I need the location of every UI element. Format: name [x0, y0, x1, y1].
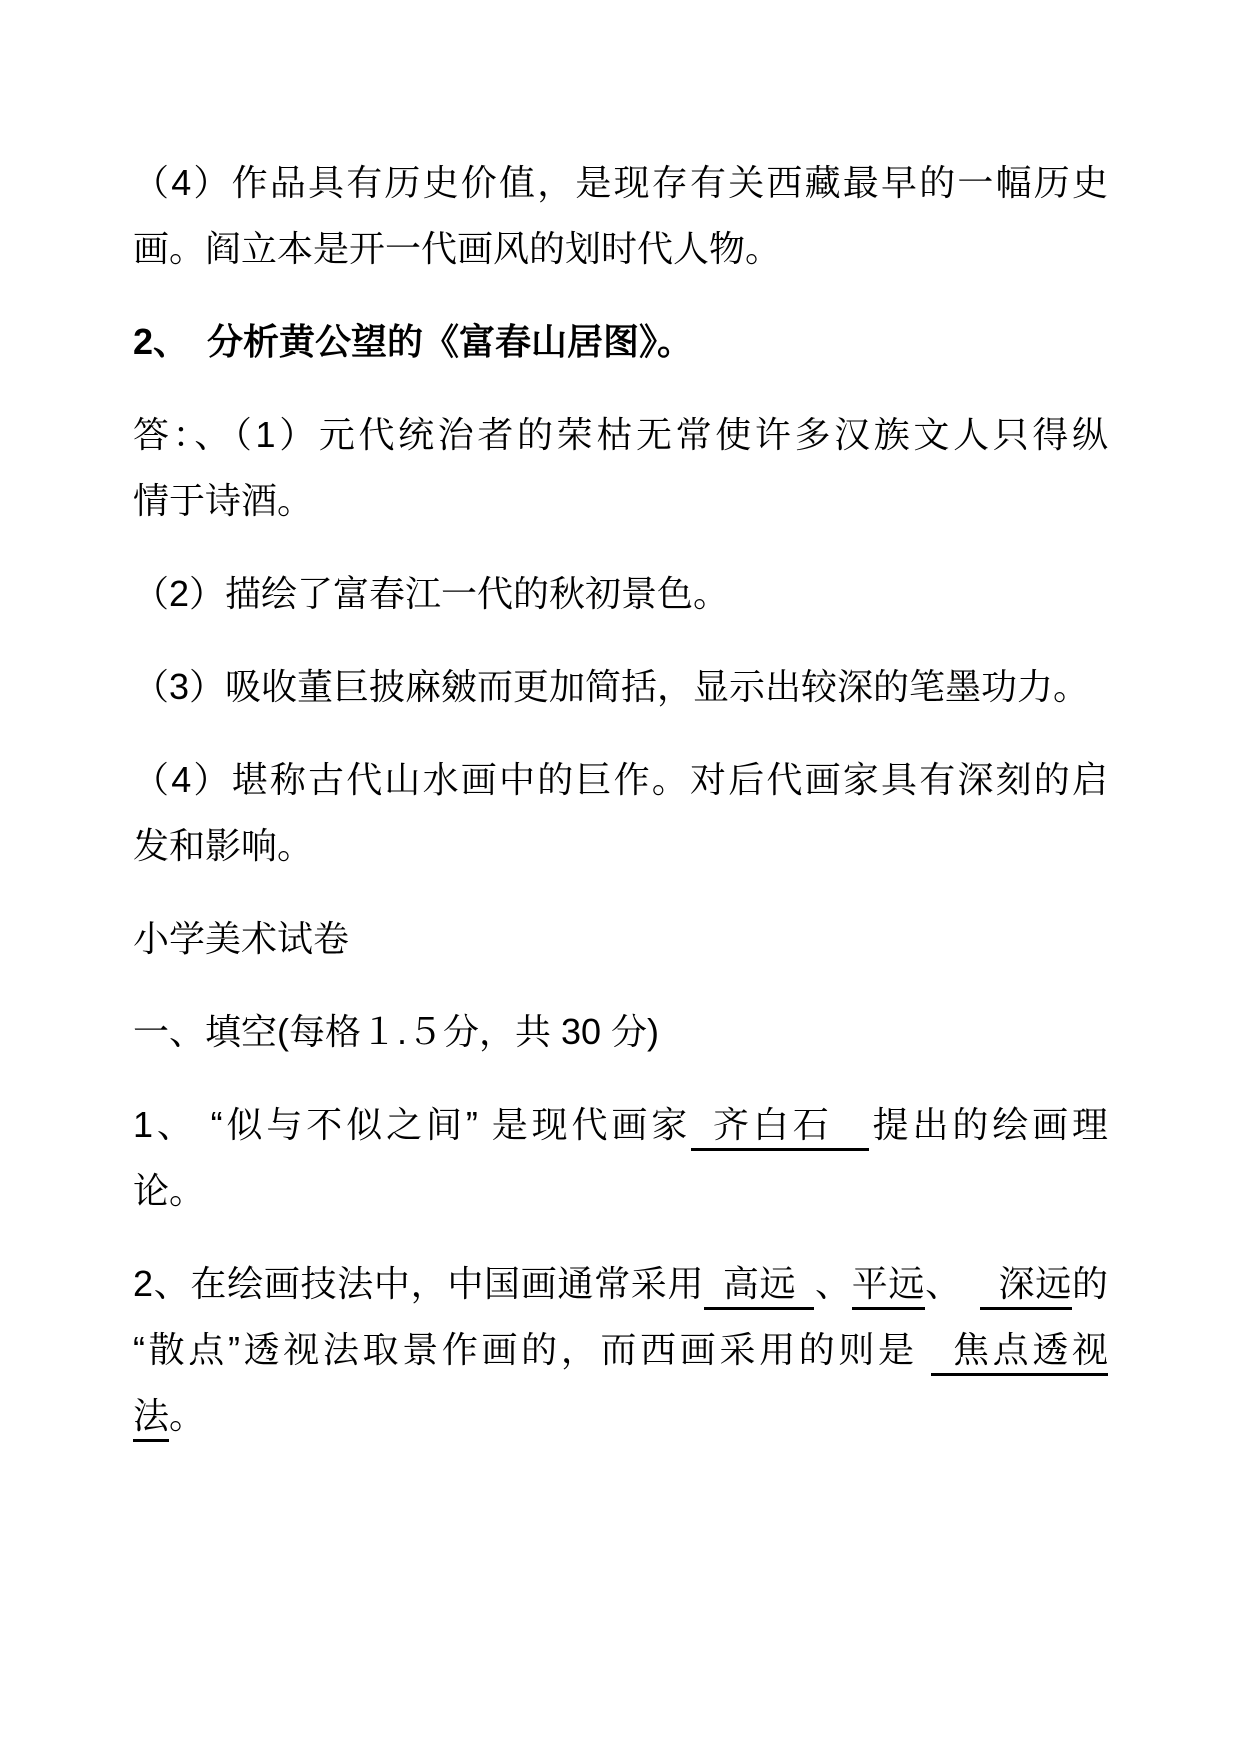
answer-2-item-3: （3）吸收董巨披麻皴而更加简括，显示出较深的笔墨功力。	[133, 654, 1108, 720]
question-2-heading: 2、 分析黄公望的《富春山居图》。	[133, 309, 1108, 375]
answer-1-item-4: （4）作品具有历史价值，是现存有关西藏最早的一幅历史画。阎立本是开一代画风的划时…	[133, 150, 1108, 282]
blank-answer: 高远	[704, 1263, 814, 1310]
text-line: 答：、（1）元代统治者的荣枯无常使许多汉族文人只得纵	[133, 402, 1108, 468]
text-line: 发和影响。	[133, 813, 1108, 879]
blank-answer: 齐白石	[691, 1104, 869, 1151]
text-line: 画。阎立本是开一代画风的划时代人物。	[133, 216, 1108, 282]
fill-question-1: 1、 “似与不似之间” 是现代画家 齐白石 提出的绘画理论。	[133, 1092, 1108, 1224]
text-segment: （4）堪称古代山水画中的巨作。对后代画家具有深刻的启	[133, 759, 1108, 800]
text-segment: 画。阎立本是开一代画风的划时代人物。	[133, 228, 781, 269]
text-segment: 、	[925, 1263, 980, 1304]
answer-2-item-4: （4）堪称古代山水画中的巨作。对后代画家具有深刻的启发和影响。	[133, 747, 1108, 879]
text-line: 论。	[133, 1158, 1108, 1224]
text-line: 小学美术试卷	[133, 906, 1108, 972]
text-line: “散点”透视法取景作画的，而西画采用的则是 焦点透视	[133, 1317, 1108, 1383]
document-body: （4）作品具有历史价值，是现存有关西藏最早的一幅历史画。阎立本是开一代画风的划时…	[133, 150, 1108, 1476]
text-segment: 。	[169, 1395, 205, 1436]
text-segment: 情于诗酒。	[133, 480, 313, 521]
text-line: 2、 分析黄公望的《富春山居图》。	[133, 309, 1108, 375]
section-title: 小学美术试卷	[133, 906, 1108, 972]
fill-question-2: 2、在绘画技法中，中国画通常采用 高远 、平远、 深远的“散点”透视法取景作画的…	[133, 1251, 1108, 1449]
text-segment: 论。	[133, 1170, 205, 1211]
blank-answer: 深远	[980, 1263, 1072, 1310]
text-line: 1、 “似与不似之间” 是现代画家 齐白石 提出的绘画理	[133, 1092, 1108, 1158]
text-segment: 2、 分析黄公望的《富春山居图》。	[133, 321, 693, 362]
text-segment: 2、在绘画技法中，中国画通常采用	[133, 1263, 704, 1304]
text-segment: 小学美术试卷	[133, 918, 349, 959]
document-page: （4）作品具有历史价值，是现存有关西藏最早的一幅历史画。阎立本是开一代画风的划时…	[0, 0, 1241, 1754]
text-line: （3）吸收董巨披麻皴而更加简括，显示出较深的笔墨功力。	[133, 654, 1108, 720]
text-segment: 的	[1072, 1263, 1108, 1304]
blank-answer: 法	[133, 1395, 169, 1442]
blank-answer: 平远	[852, 1263, 925, 1310]
blank-answer: 焦点透视	[931, 1329, 1108, 1376]
text-line: 法。	[133, 1383, 1108, 1449]
text-segment: （2）描绘了富春江一代的秋初景色。	[133, 573, 729, 614]
text-segment: 一、填空(每格１.５分，共 30 分)	[133, 1011, 659, 1052]
text-line: （2）描绘了富春江一代的秋初景色。	[133, 561, 1108, 627]
text-line: 一、填空(每格１.５分，共 30 分)	[133, 999, 1108, 1065]
answer-2-item-2: （2）描绘了富春江一代的秋初景色。	[133, 561, 1108, 627]
text-line: 情于诗酒。	[133, 468, 1108, 534]
text-line: （4）堪称古代山水画中的巨作。对后代画家具有深刻的启	[133, 747, 1108, 813]
text-segment: （4）作品具有历史价值，是现存有关西藏最早的一幅历史	[133, 162, 1108, 203]
text-segment: （3）吸收董巨披麻皴而更加简括，显示出较深的笔墨功力。	[133, 666, 1089, 707]
text-segment: 提出的绘画理	[869, 1104, 1108, 1145]
text-segment: 发和影响。	[133, 825, 313, 866]
text-segment: “散点”透视法取景作画的，而西画采用的则是	[133, 1329, 931, 1370]
section-1-header: 一、填空(每格１.５分，共 30 分)	[133, 999, 1108, 1065]
text-line: （4）作品具有历史价值，是现存有关西藏最早的一幅历史	[133, 150, 1108, 216]
answer-2-intro-item-1: 答：、（1）元代统治者的荣枯无常使许多汉族文人只得纵情于诗酒。	[133, 402, 1108, 534]
text-line: 2、在绘画技法中，中国画通常采用 高远 、平远、 深远的	[133, 1251, 1108, 1317]
text-segment: 1、 “似与不似之间” 是现代画家	[133, 1104, 691, 1145]
text-segment: 、	[814, 1263, 851, 1304]
text-segment: 答：、（1）元代统治者的荣枯无常使许多汉族文人只得纵	[133, 414, 1108, 455]
